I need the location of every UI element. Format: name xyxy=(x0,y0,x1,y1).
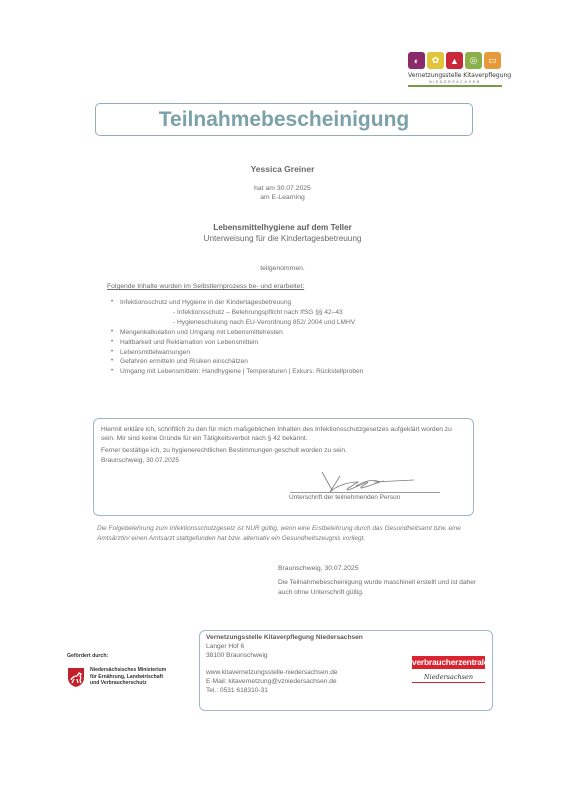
verbraucherzentrale-region: Niedersachsen xyxy=(412,673,485,681)
list-item: •Haltbarkeit und Reklamation von Lebensm… xyxy=(107,338,363,348)
bullet-icon: • xyxy=(111,328,113,338)
contact-info: Vernetzungsstelle Kitaverpflegung Nieder… xyxy=(206,634,363,696)
contact-city: 38100 Braunschweig xyxy=(206,652,363,661)
verbraucherzentrale-logo: verbraucherzentrale Niedersachsen xyxy=(412,656,485,683)
contact-org: Vernetzungsstelle Kitaverpflegung Nieder… xyxy=(206,634,363,643)
signature-line xyxy=(290,492,440,493)
signature-label: Unterschrift der teilnehmenden Person xyxy=(289,494,400,501)
ministry-name: Niedersächsisches Ministeriumfür Ernähru… xyxy=(90,667,166,687)
pot-icon: ▭ xyxy=(484,52,501,69)
participation-mode: am E-Learning xyxy=(0,194,565,201)
participation-date: hat am 30.07.2025 xyxy=(0,185,565,192)
verbraucherzentrale-badge: verbraucherzentrale xyxy=(412,656,485,669)
list-item: •Lebensmittelwarnungen xyxy=(107,348,363,358)
ministry-line: und Verbraucherschutz xyxy=(90,680,166,687)
declaration-paragraph-2: Ferner bestätige ich, zu hygienerechtlic… xyxy=(101,446,466,455)
follow-up-note: Die Folgebelehrung zum Infektionsschutzg… xyxy=(97,524,472,543)
vegetables-icon: ✿ xyxy=(427,52,444,69)
contact-phone: Tel.: 0531 618310-31 xyxy=(206,687,363,696)
bullet-icon: • xyxy=(111,357,113,367)
machine-generated-note: Die Teilnahmebescheinigung wurde maschin… xyxy=(278,578,488,597)
verbraucherzentrale-underline xyxy=(412,682,485,683)
list-item: •Infektionsschutz und Hygiene in der Kin… xyxy=(107,298,363,308)
participated-text: teilgenommen. xyxy=(0,265,565,272)
title-box: Teilnahmebescheinigung xyxy=(95,103,473,136)
logo-name: Vernetzungsstelle Kitaverpflegung xyxy=(408,72,502,79)
sub-list-item: - Infektionsschutz – Belehrungspflicht n… xyxy=(107,308,363,318)
declaration-paragraph-1: Hiermit erkläre ich, schriftlich zu den … xyxy=(101,425,466,443)
bread-icon: ◐ xyxy=(408,52,425,69)
declaration-text: Hiermit erkläre ich, schriftlich zu den … xyxy=(101,425,466,465)
bullet-icon: • xyxy=(111,348,113,358)
course-title: Lebensmittelhygiene auf dem Teller xyxy=(0,223,565,232)
plate-icon: ◎ xyxy=(465,52,482,69)
participant-name: Yessica Greiner xyxy=(0,164,565,174)
bullet-icon: • xyxy=(111,298,113,308)
logo-tiles: ◐✿▲◎▭ xyxy=(408,52,502,69)
course-subtitle: Unterweisung für die Kindertagesbetreuun… xyxy=(0,234,565,243)
logo-region: NIEDERSACHSEN xyxy=(408,80,502,84)
contents-intro: Folgende Inhalte wurden im Selbstlernpro… xyxy=(107,283,304,290)
declaration-place-date: Braunschweig, 30.07.2025 xyxy=(101,456,466,465)
contents-list: •Infektionsschutz und Hygiene in der Kin… xyxy=(107,298,363,377)
contact-website-link[interactable]: www.kitavernetzungsstelle-niedersachsen.… xyxy=(206,669,363,678)
page-title: Teilnahmebescheinigung xyxy=(159,108,409,132)
logo-underline xyxy=(408,85,502,87)
list-item: •Umgang mit Lebensmitteln: Handhygiene |… xyxy=(107,367,363,377)
ministry-line: Niedersächsisches Ministerium xyxy=(90,667,166,674)
bullet-icon: • xyxy=(111,367,113,377)
people-icon: ▲ xyxy=(446,52,463,69)
lower-saxony-horse-icon xyxy=(67,667,85,688)
sub-list-item: - Hygieneschulung nach EU-Verordnung 852… xyxy=(107,318,363,328)
bullet-icon: • xyxy=(111,338,113,348)
contact-street: Langer Hof 6 xyxy=(206,643,363,652)
list-item: •Mengenkalkulation und Umgang mit Lebens… xyxy=(107,328,363,338)
ministry-line: für Ernährung, Landwirtschaft xyxy=(90,674,166,681)
funded-by-label: Gefördert durch: xyxy=(67,653,108,659)
list-item: •Gefahren ermitteln und Risiken einschät… xyxy=(107,357,363,367)
issue-place-date: Braunschweig, 30.07.2025 xyxy=(278,565,359,572)
contact-email-link[interactable]: E-Mail: kitavernetzung@vzniedersachsen.d… xyxy=(206,678,363,687)
kitaverpflegung-logo: ◐✿▲◎▭ Vernetzungsstelle Kitaverpflegung … xyxy=(408,52,502,94)
